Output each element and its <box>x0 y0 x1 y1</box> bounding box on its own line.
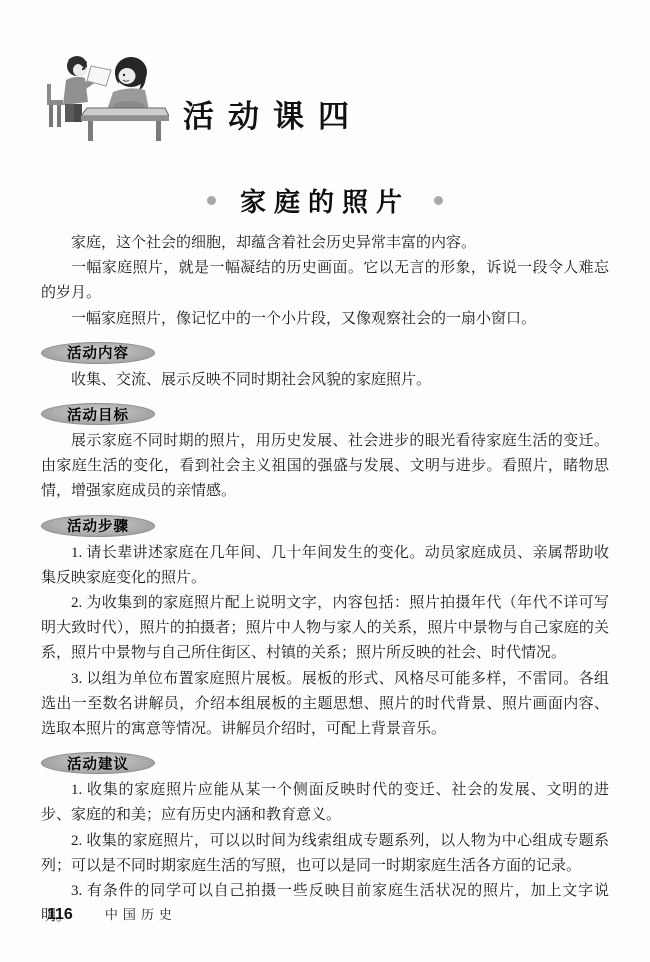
section-activity-suggestions: 活动建议 1. 收集的家庭照片应能从某一个侧面反映时代的变迁、社会的发展、文明的… <box>41 752 609 929</box>
section-heading-pill: 活动目标 <box>41 403 155 425</box>
section-heading-pill: 活动建议 <box>41 752 155 774</box>
page-content: 活动课四 家庭的照片 家庭，这个社会的细胞，却蕴含着社会历史异常丰富的内容。 一… <box>0 0 650 929</box>
title-dot-icon <box>434 196 443 205</box>
intro-block: 家庭，这个社会的细胞，却蕴含着社会历史异常丰富的内容。 一幅家庭照片，就是一幅凝… <box>41 231 609 332</box>
section-paragraph: 1. 收集的家庭照片应能从某一个侧面反映时代的变迁、社会的发展、文明的进步、家庭… <box>41 778 609 828</box>
section-paragraph: 3. 以组为单位布置家庭照片展板。展板的形式、风格尽可能多样，不雷同。各组选出一… <box>41 667 609 743</box>
section-paragraph: 2. 为收集到的家庭照片配上说明文字，内容包括：照片拍摄年代（年代不详可写明大致… <box>41 591 609 667</box>
students-talking-illustration-icon <box>41 50 169 142</box>
section-activity-content: 活动内容 收集、交流、展示反映不同时期社会风貌的家庭照片。 <box>41 342 609 393</box>
section-paragraph: 收集、交流、展示反映不同时期社会风貌的家庭照片。 <box>41 368 609 393</box>
section-heading-pill: 活动步骤 <box>41 515 155 537</box>
section-paragraph: 2. 收集的家庭照片，可以以时间为线索组成专题系列，以人物为中心组成专题系列；可… <box>41 829 609 879</box>
page-title: 家庭的照片 <box>240 182 410 219</box>
intro-paragraph: 家庭，这个社会的细胞，却蕴含着社会历史异常丰富的内容。 <box>41 231 609 256</box>
section-heading-pill: 活动内容 <box>41 342 155 364</box>
textbook-page: 活动课四 家庭的照片 家庭，这个社会的细胞，却蕴含着社会历史异常丰富的内容。 一… <box>0 0 650 962</box>
main-title-row: 家庭的照片 <box>41 182 609 219</box>
title-dot-icon <box>207 196 216 205</box>
page-footer: 116 中国历史 <box>47 904 177 924</box>
lesson-label: 活动课四 <box>183 91 363 136</box>
intro-paragraph: 一幅家庭照片，就是一幅凝结的历史画面。它以无言的形象，诉说一段令人难忘的岁月。 <box>41 256 609 306</box>
intro-paragraph: 一幅家庭照片，像记忆中的一个小片段，又像观察社会的一扇小窗口。 <box>41 307 609 332</box>
section-activity-goals: 活动目标 展示家庭不同时期的照片，用历史发展、社会进步的眼光看待家庭生活的变迁。… <box>41 403 609 505</box>
page-header: 活动课四 <box>41 50 609 142</box>
book-title: 中国历史 <box>105 904 177 923</box>
page-number: 116 <box>47 906 73 924</box>
section-paragraph: 1. 请长辈讲述家庭在几年间、几十年间发生的变化。动员家庭成员、亲属帮助收集反映… <box>41 541 609 591</box>
section-paragraph: 展示家庭不同时期的照片，用历史发展、社会进步的眼光看待家庭生活的变迁。由家庭生活… <box>41 429 609 505</box>
section-activity-steps: 活动步骤 1. 请长辈讲述家庭在几年间、几十年间发生的变化。动员家庭成员、亲属帮… <box>41 515 609 743</box>
